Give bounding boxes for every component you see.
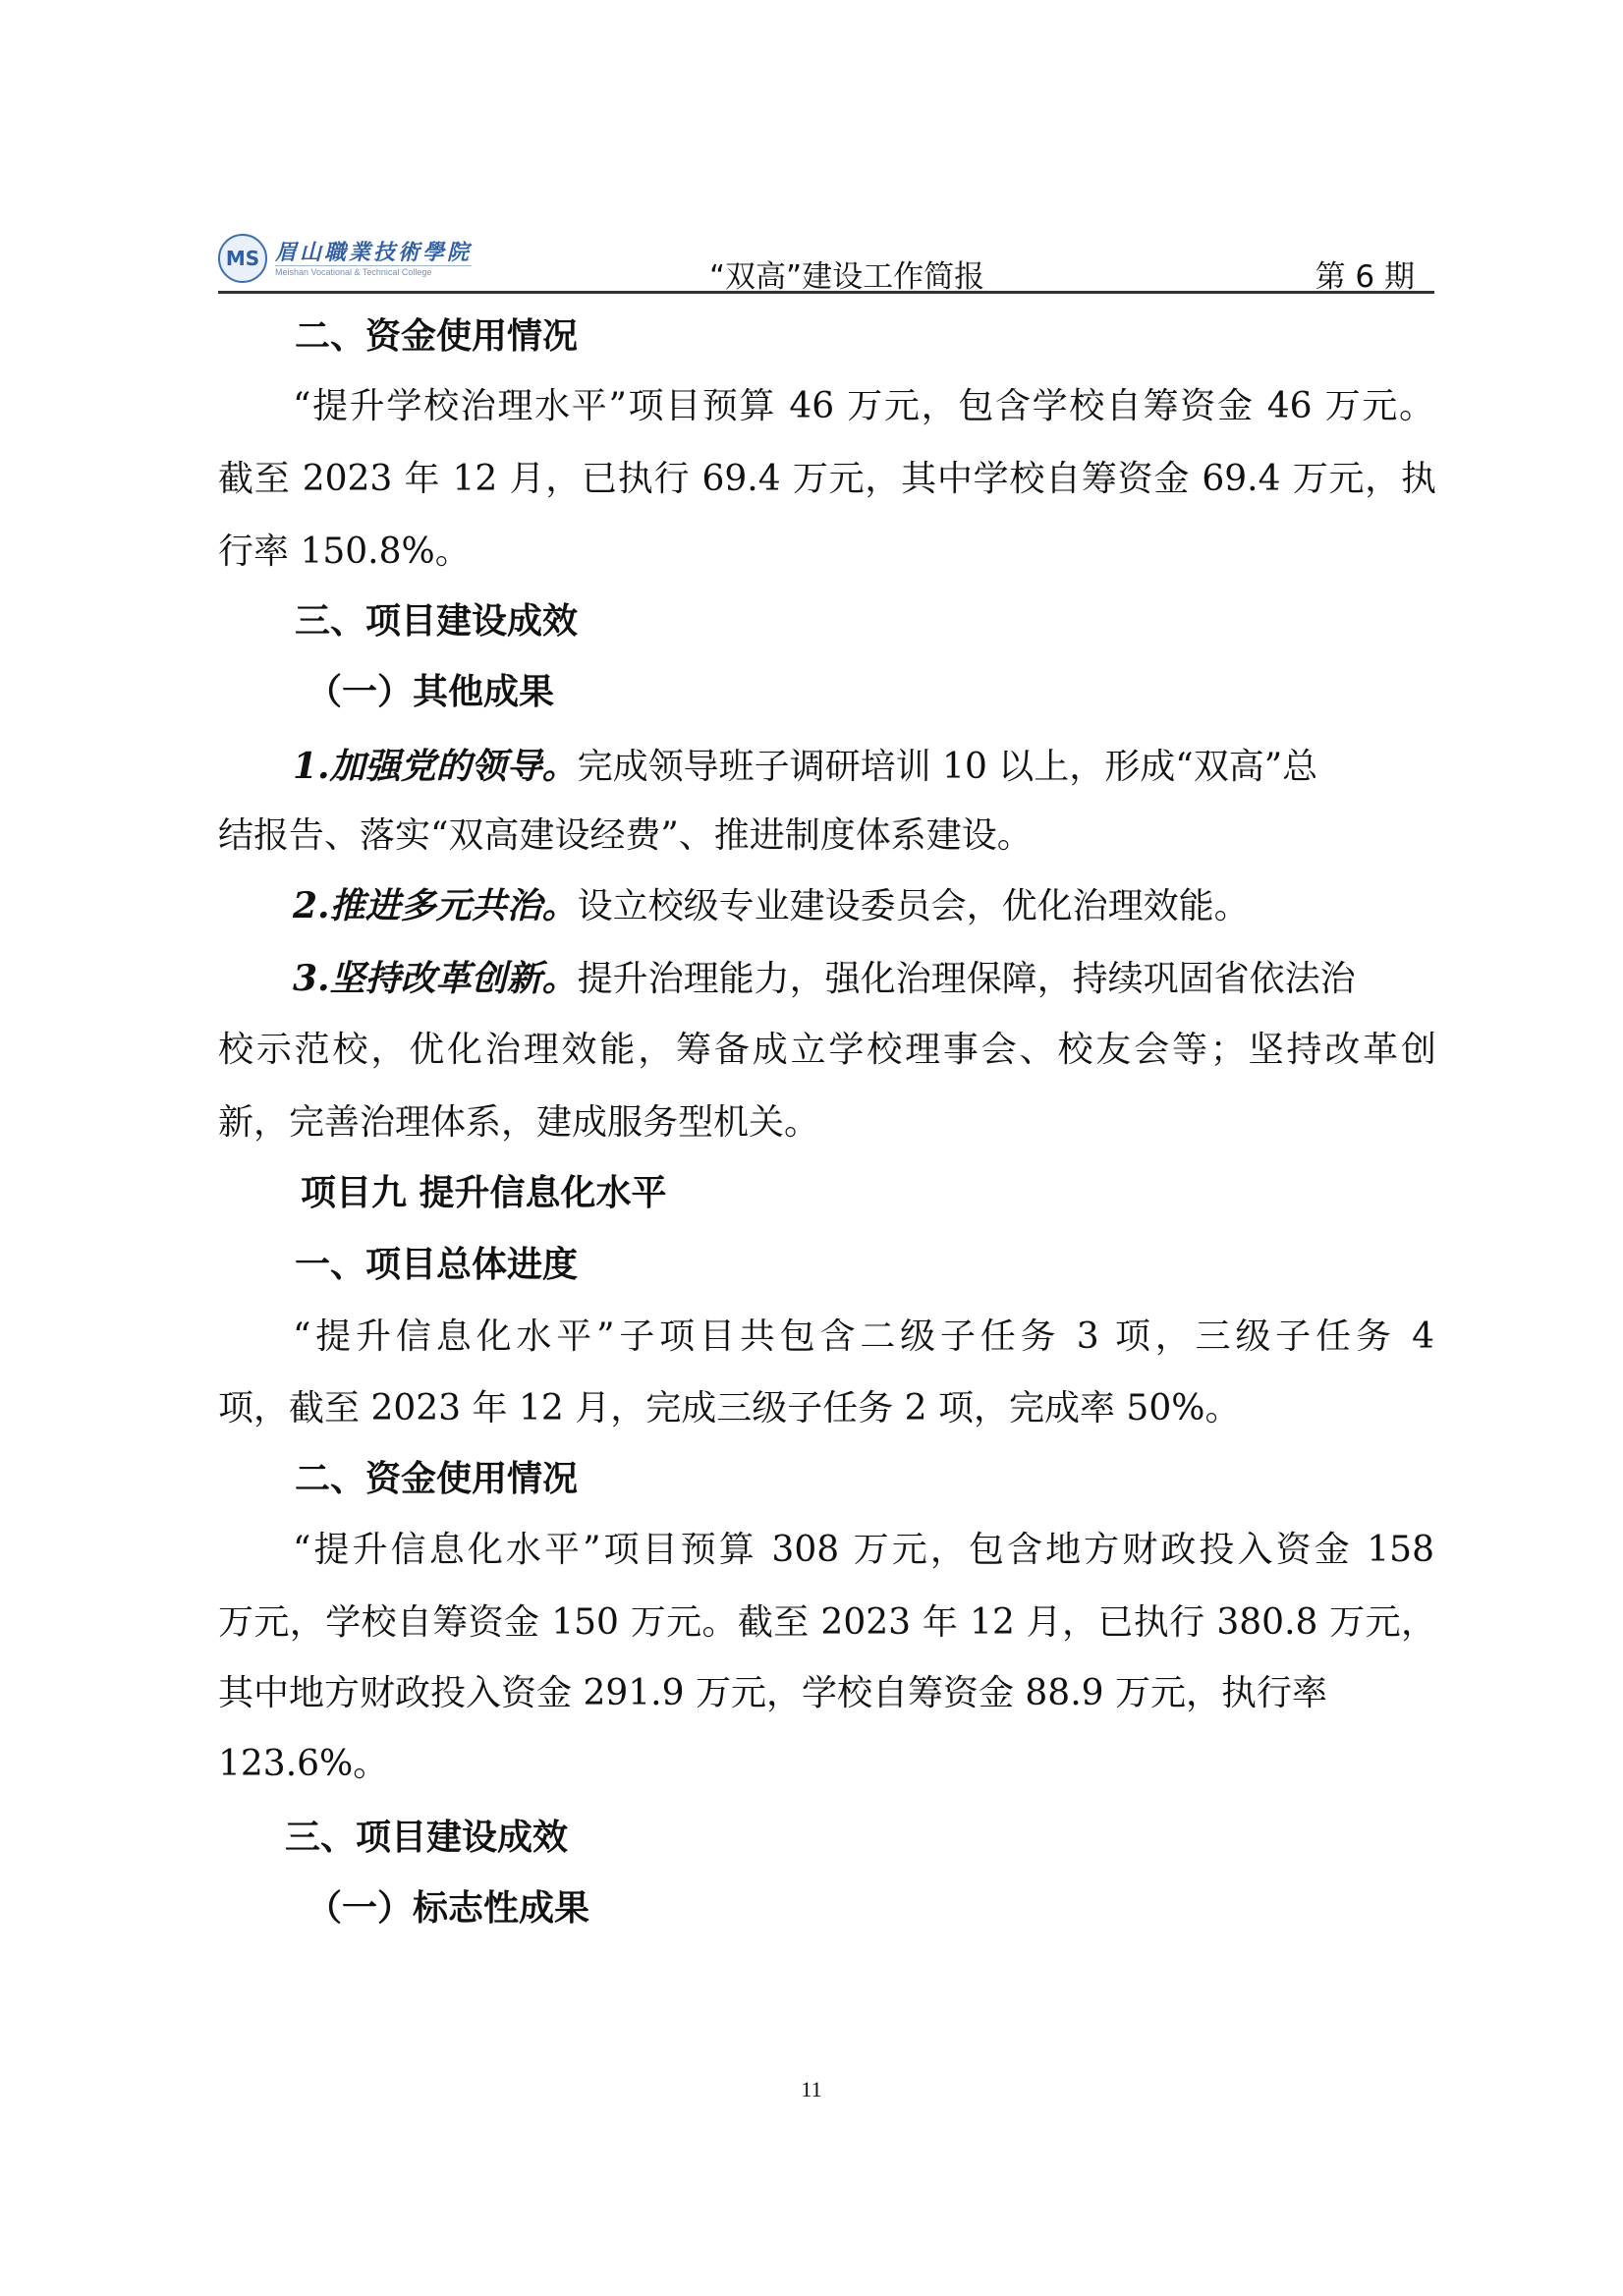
section-heading: 二、资金使用情况 <box>295 1457 1513 1500</box>
subsection-heading: （一）其他成果 <box>307 670 1525 713</box>
college-emblem-icon: MS <box>218 234 267 283</box>
logo-english-name: Meishan Vocational & Technical College <box>275 265 472 278</box>
list-item-text: 提升治理能力，强化治理保障，持续巩固省依法治 <box>578 959 1356 999</box>
paragraph-line: 其中地方财政投入资金 291.9 万元，学校自筹资金 88.9 万元，执行率 <box>218 1672 1436 1715</box>
section-heading: 一、项目总体进度 <box>295 1243 1513 1286</box>
paragraph-line: “提升学校治理水平”项目预算 46 万元，包含学校自筹资金 46 万元。 <box>293 385 1434 428</box>
logo-text: 眉山職業技術學院 Meishan Vocational & Technical … <box>275 240 472 278</box>
paragraph-line: 新，完善治理体系，建成服务型机关。 <box>218 1101 1436 1145</box>
paragraph-line: 截至 2023 年 12 月，已执行 69.4 万元，其中学校自筹资金 69.4… <box>218 458 1436 501</box>
section-heading: 三、项目建设成效 <box>285 1816 1503 1859</box>
list-item-text: 设立校级专业建设委员会，优化治理效能。 <box>578 886 1250 926</box>
list-item-2: 2.推进多元共治。设立校级专业建设委员会，优化治理效能。 <box>293 884 1511 928</box>
list-item-text: 完成领导班子调研培训 10 以上，形成“双高”总 <box>578 747 1318 787</box>
project-title: 项目九 提升信息化水平 <box>301 1172 1519 1215</box>
logo-chinese-name: 眉山職業技術學院 <box>275 240 472 265</box>
page-number: 11 <box>0 2077 1623 2102</box>
list-item-lead: 1.加强党的领导。 <box>293 746 578 787</box>
list-item-lead: 2.推进多元共治。 <box>293 885 578 926</box>
paragraph-line: 万元，学校自筹资金 150 万元。截至 2023 年 12 月，已执行 380.… <box>218 1601 1436 1645</box>
publication-title: “双高”建设工作简报 <box>709 252 984 296</box>
paragraph-line: 结报告、落实“双高建设经费”、推进制度体系建设。 <box>218 814 1436 858</box>
header-divider <box>218 291 1434 294</box>
paragraph-line: 行率 150.8%。 <box>218 531 1436 574</box>
list-item-3: 3.坚持改革创新。提升治理能力，强化治理保障，持续巩固省依法治 <box>293 957 1511 1001</box>
list-item-lead: 3.坚持改革创新。 <box>293 958 578 999</box>
college-logo: MS 眉山職業技術學院 Meishan Vocational & Technic… <box>218 232 474 285</box>
paragraph-line: 项，截至 2023 年 12 月，完成三级子任务 2 项，完成率 50%。 <box>218 1387 1436 1430</box>
page-header: MS 眉山職業技術學院 Meishan Vocational & Technic… <box>218 232 1434 293</box>
paragraph-line: 校示范校，优化治理效能，筹备成立学校理事会、校友会等；坚持改革创 <box>218 1029 1436 1072</box>
section-heading: 三、项目建设成效 <box>295 599 1513 643</box>
paragraph-line: “提升信息化水平”项目预算 308 万元，包含地方财政投入资金 158 <box>293 1529 1434 1572</box>
paragraph-line: 123.6%。 <box>218 1743 1436 1786</box>
list-item-1: 1.加强党的领导。完成领导班子调研培训 10 以上，形成“双高”总 <box>293 745 1511 789</box>
paragraph-line: “提升信息化水平”子项目共包含二级子任务 3 项，三级子任务 4 <box>293 1316 1434 1359</box>
section-heading: 二、资金使用情况 <box>295 314 1513 358</box>
subsection-heading: （一）标志性成果 <box>307 1886 1525 1930</box>
issue-number: 第 6 期 <box>1315 252 1415 296</box>
